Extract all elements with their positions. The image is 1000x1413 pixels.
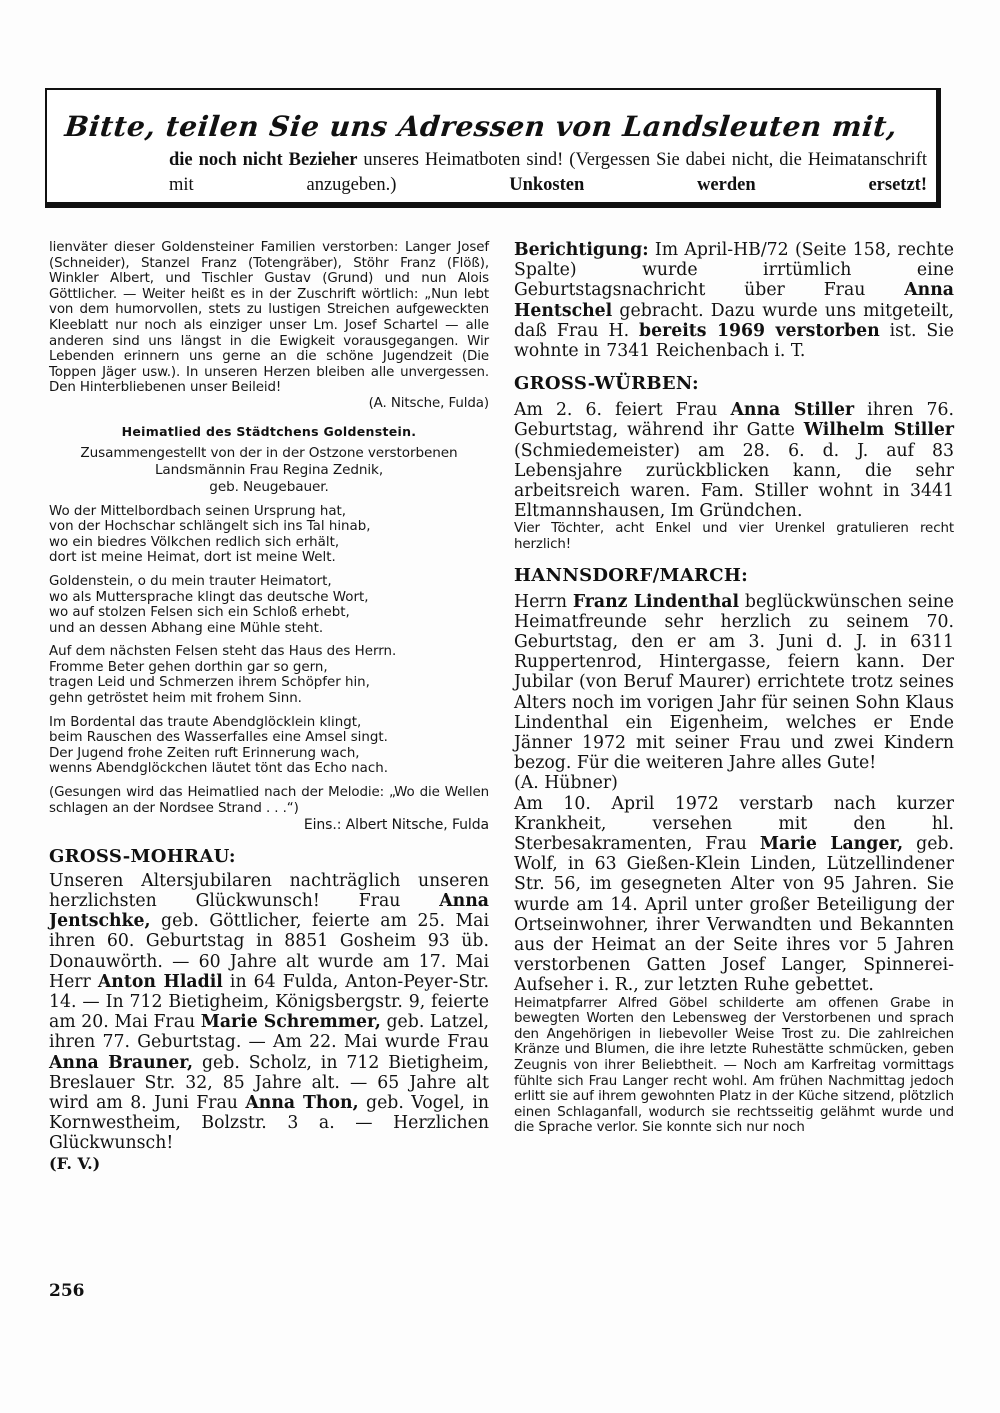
gross-mohrau-text: Unseren Altersjubilaren nachträglich uns… [49, 871, 489, 1154]
newspaper-page: Bitte, teilen Sie uns Adressen von Lands… [0, 0, 1000, 1413]
song-signature: Eins.: Albert Nitsche, Fulda [49, 818, 489, 834]
banner-title: Bitte, teilen Sie uns Adressen von Lands… [63, 110, 899, 143]
verse-line: und an dessen Abhang eine Mühle steht. [49, 621, 489, 637]
verse-line: dort ist meine Heimat, dort ist meine We… [49, 550, 489, 566]
verse-line: Der Jugend frohe Zeiten ruft Erinnerung … [49, 746, 489, 762]
emphasis: bereits 1969 verstorben [639, 321, 880, 341]
person-name: Anton Hladil [98, 972, 223, 992]
song-stanza-4: Im Bordental das traute Abendglöcklein k… [49, 715, 489, 777]
gross-wuerben-text: Am 2. 6. feiert Frau Anna Stiller ihren … [514, 400, 954, 521]
left-column: lienväter dieser Goldensteiner Familien … [49, 240, 489, 1174]
banner-bold-1: die noch nicht Bezieher [169, 150, 357, 170]
verse-line: von der Hochschar schlängelt sich ins Ta… [49, 519, 489, 535]
verse-line: beim Rauschen des Wasserfalles eine Amse… [49, 730, 489, 746]
song-stanza-1: Wo der Mittelbordbach seinen Ursprung ha… [49, 504, 489, 566]
verse-line: Im Bordental das traute Abendglöcklein k… [49, 715, 489, 731]
section-heading-hannsdorf: HANNSDORF/MARCH: [514, 565, 954, 586]
person-name: Marie Langer, [760, 834, 903, 854]
verse-line: wo als Muttersprache klingt das deutsche… [49, 590, 489, 606]
text-run: geb. Wolf, in 63 Gießen-Klein Linden, Lü… [514, 834, 954, 995]
section-heading-gross-mohrau: GROSS-MOHRAU: [49, 846, 489, 867]
text-run: Am 2. 6. feiert Frau [514, 400, 731, 420]
page-number: 256 [49, 1281, 85, 1301]
person-name: Anna Thon, [245, 1093, 358, 1113]
verse-line: wo auf stolzen Felsen sich ein Schloß er… [49, 605, 489, 621]
person-name: Marie Schremmer, [201, 1012, 381, 1032]
person-name: Franz Lindenthal [573, 592, 739, 612]
section-heading-gross-wuerben: GROSS-WÜRBEN: [514, 373, 954, 394]
hannsdorf-signature: (A. Hübner) [514, 773, 954, 793]
melody-note: (Gesungen wird das Heimatlied nach der M… [49, 785, 489, 816]
hannsdorf-text: Herrn Franz Lindenthal beglückwünschen s… [514, 592, 954, 774]
person-name: Wilhelm Stiller [804, 420, 954, 440]
song-subtitle-line-2: geb. Neugebauer. [209, 479, 328, 495]
text-run: Unseren Altersjubilaren nachträglich uns… [49, 871, 489, 911]
text-run: (Schmiedemeister) am 28. 6. d. J. auf 83… [514, 441, 954, 522]
person-name: Anna Stiller [731, 400, 855, 420]
banner-text: die noch nicht Bezieher unseres Heimatbo… [169, 148, 927, 198]
verse-line: Fromme Beter gehen dorthin gar so gern, [49, 660, 489, 676]
verse-line: Goldenstein, o du mein trauter Heimatort… [49, 574, 489, 590]
song-subtitle: Zusammengestellt von der in der Ostzone … [49, 445, 489, 496]
verse-line: gehn getröstet heim mit frohem Sinn. [49, 691, 489, 707]
song-subtitle-line-1: Zusammengestellt von der in der Ostzone … [80, 445, 457, 478]
song-title: Heimatlied des Städtchens Goldenstein. [49, 424, 489, 439]
right-column: Berichtigung: Im April-HB/72 (Seite 158,… [514, 240, 954, 1136]
correction-notice: Berichtigung: Im April-HB/72 (Seite 158,… [514, 240, 954, 361]
obituary-continuation: Heimatpfarrer Alfred Göbel schilderte am… [514, 996, 954, 1136]
correction-label: Berichtigung: [514, 240, 649, 260]
person-name: Anna Brauner, [49, 1053, 193, 1073]
address-request-banner: Bitte, teilen Sie uns Adressen von Lands… [45, 88, 941, 208]
intro-paragraph: lienväter dieser Goldensteiner Familien … [49, 240, 489, 396]
verse-line: Wo der Mittelbordbach seinen Ursprung ha… [49, 504, 489, 520]
verse-line: wenns Abendglöckchen läutet tönt das Ech… [49, 761, 489, 777]
gross-wuerben-note: Vier Töchter, acht Enkel und vier Urenke… [514, 521, 954, 552]
banner-bold-2: Unkosten werden ersetzt! [509, 175, 927, 195]
gross-mohrau-signature: (F. V.) [49, 1154, 489, 1174]
song-stanza-2: Goldenstein, o du mein trauter Heimatort… [49, 574, 489, 636]
song-stanza-3: Auf dem nächsten Felsen steht das Haus d… [49, 644, 489, 706]
verse-line: Auf dem nächsten Felsen steht das Haus d… [49, 644, 489, 660]
text-run: Herrn [514, 592, 573, 612]
text-run: beglückwünschen seine Heimatfreunde sehr… [514, 592, 954, 774]
verse-line: tragen Leid und Schmerzen ihrem Schöpfer… [49, 675, 489, 691]
verse-line: wo ein biedres Völkchen redlich sich erh… [49, 535, 489, 551]
intro-signature: (A. Nitsche, Fulda) [49, 396, 489, 412]
obituary-text: Am 10. April 1972 verstarb nach kurzer K… [514, 794, 954, 996]
